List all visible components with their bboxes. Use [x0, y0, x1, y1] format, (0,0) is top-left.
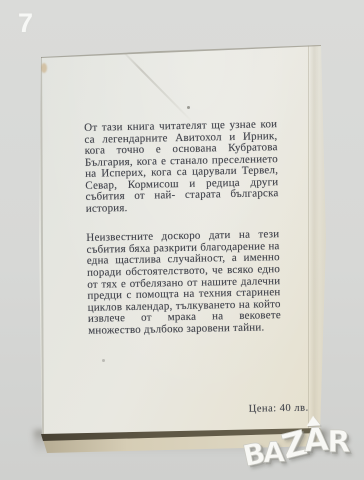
cover-printed-content: От тази книга читателят ще узнае кои са …: [0, 0, 364, 480]
bazar-logo-letter: R: [327, 425, 350, 460]
price-label: Цена: 40 лв.: [249, 403, 309, 415]
tent-icon: [306, 415, 321, 426]
blurb-paragraph: Неизвестните доскоро дати на тези събити…: [86, 230, 281, 338]
blurb-text: От тази книга читателят ще узнае кои са …: [84, 119, 281, 337]
blurb-paragraph: От тази книга читателят ще узнае кои са …: [84, 119, 279, 215]
book-back-cover: От тази книга читателят ще узнае кои са …: [0, 0, 364, 480]
listing-photo: 7 От тази книга читателят ще узнае кои с…: [0, 0, 364, 480]
photo-number-watermark: 7: [18, 8, 33, 39]
